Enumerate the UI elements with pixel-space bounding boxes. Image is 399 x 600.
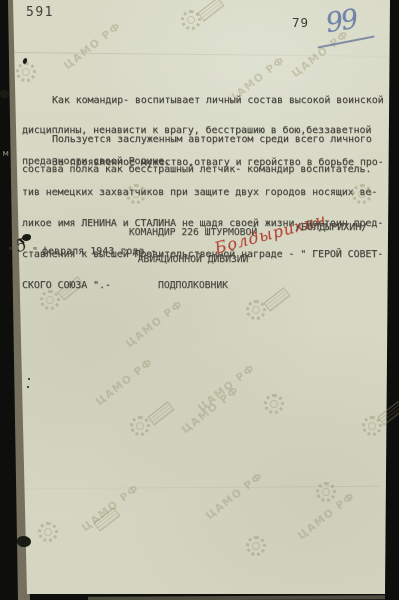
document-scan: ЦАМО РФ ЦАМО РФ ЦАМО РФ ЦАМО РФ ЦАМО РФ … [0, 0, 399, 600]
date-open-quote: " [8, 246, 14, 257]
ink-dot [27, 386, 29, 388]
archive-gear-icon [264, 394, 284, 414]
archive-gear-icon [316, 482, 336, 502]
archive-gear-icon [38, 522, 58, 542]
signature-title-line: ПОДПОЛКОВНИК [118, 282, 268, 291]
signature-name-typed: /БОЛДЫРИХИН/ [295, 222, 367, 233]
next-page-edge [88, 595, 385, 600]
ink-blot [0, 90, 9, 98]
ink-dot [28, 378, 30, 380]
hole-punch-mark [17, 536, 31, 547]
margin-letter: м [3, 149, 8, 159]
date-close-quote: " [32, 246, 38, 257]
page-number-top-right: 79 [292, 15, 309, 30]
handwritten-page-number: 99 [324, 4, 359, 39]
archive-gear-icon [246, 536, 266, 556]
paragraph-line: Как командир- воспитывает личный состав … [22, 96, 384, 106]
paragraph-line: За проявленное мужество,отвагу и геройст… [22, 158, 384, 168]
paragraph-line: тив немецких захватчиков при защите двух… [22, 188, 384, 198]
archive-gear-icon [130, 416, 150, 436]
page-number-top-left: 591 [26, 5, 54, 20]
signature-title-block: КОМАНДИР 226 ШТУРМОВОЙ АВИАЦИОННОЙ ДИВИЗ… [118, 211, 268, 309]
date-text: февраля 1943 года.- [42, 246, 156, 257]
